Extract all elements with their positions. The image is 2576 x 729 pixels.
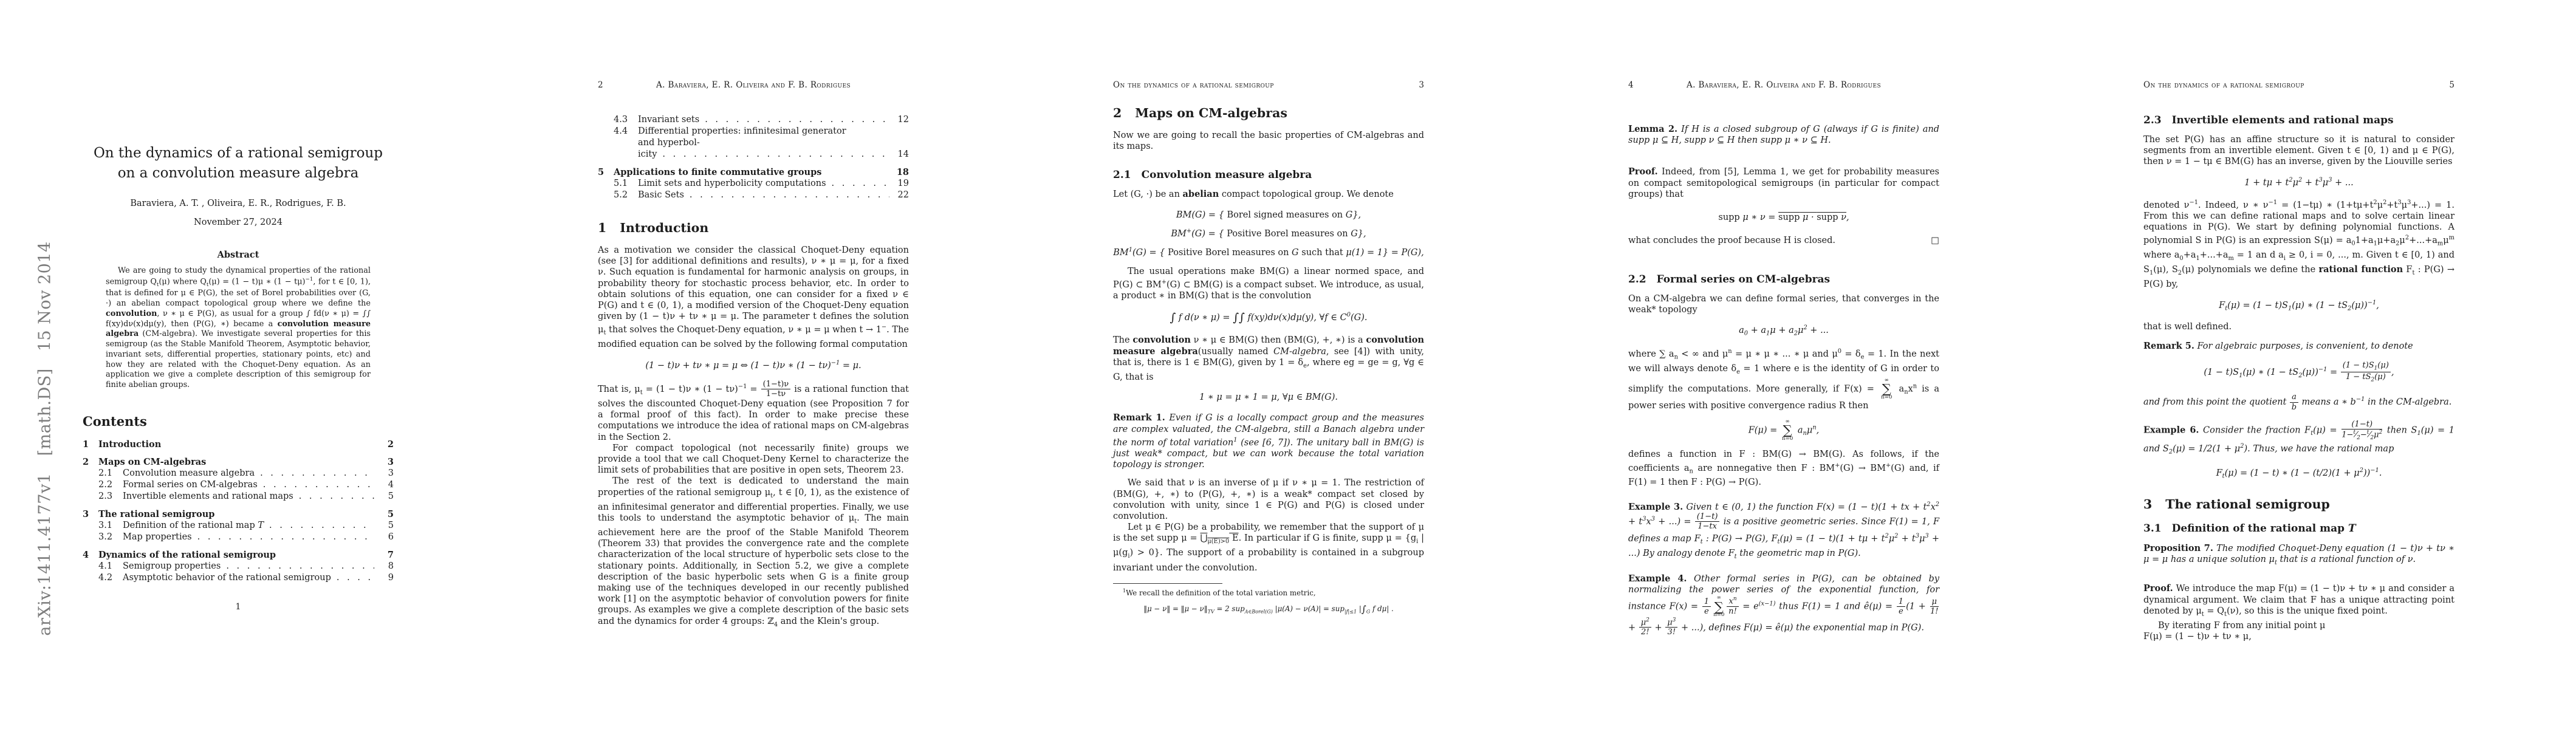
toc-list-continued: 4.3Invariant sets124.4Differential prope… (598, 114, 909, 201)
display-equation: BM1(G) = { Positive Borel measures on G … (1113, 245, 1424, 259)
proof-paragraph: Proof. We introduce the map F(μ) = (1 − … (2143, 583, 2454, 620)
toc-dot-leader (705, 114, 889, 126)
display-equation: (1 − t)S1(μ) ∗ (1 − tS2(μ))−1 = (1 − t)S… (2143, 361, 2454, 383)
page-2: 2 A. Baraviera, E. R. Oliveira and F. B.… (515, 0, 1030, 729)
proof-paragraph: Proof. Indeed, from [5], Lemma 1, we get… (1628, 166, 1939, 200)
toc-entry-label: Formal series on CM-algebras (123, 479, 258, 491)
toc-entry-number: 1 (83, 439, 98, 450)
display-equation: supp μ ∗ ν = supp μ · supp ν, (1628, 211, 1939, 224)
toc-entry-number: 5.1 (614, 178, 638, 190)
toc-entry-label: The rational semigroup (98, 508, 214, 520)
toc-dot-leader (269, 520, 374, 532)
toc-list: 1Introduction22Maps on CM-algebras32.1Co… (83, 439, 394, 584)
subsection-3-1-heading: 3.1Definition of the rational map T (2143, 522, 2454, 535)
toc-entry-label: Definition of the rational map T (123, 520, 264, 532)
toc-entry-number: 4.1 (98, 561, 123, 572)
toc-entry-label: Convolution measure algebra (123, 468, 255, 479)
page-3: On the dynamics of a rational semigroup … (1030, 0, 1546, 729)
page-4-column: 4 A. Baraviera, E. R. Oliveira and F. B.… (1628, 0, 1939, 637)
toc-dot-leader (337, 572, 374, 584)
running-head: On the dynamics of a rational semigroup … (1113, 80, 1424, 90)
toc-entry-label: Semigroup properties (123, 561, 221, 572)
display-equation: Ft(μ) = (1 − t)S1(μ) ∗ (1 − tS2(μ))−1, (2143, 298, 2454, 313)
toc-dot-leader (226, 561, 374, 572)
toc-dot-leader (299, 491, 374, 502)
toc-entry-page: 14 (893, 149, 909, 160)
paragraph: On a CM-algebra we can define formal ser… (1628, 293, 1939, 315)
page-2-column: 2 A. Baraviera, E. R. Oliveira and F. B.… (598, 0, 909, 631)
page-5: On the dynamics of a rational semigroup … (2061, 0, 2576, 729)
toc-entry-page: 9 (378, 572, 394, 584)
toc-entry-page: 18 (893, 166, 909, 178)
paragraph: where ∑ an < ∞ and μn = μ ∗ μ ∗ ... ∗ μ … (1628, 346, 1939, 411)
display-equation: 1 ∗ μ = μ ∗ 1 = μ, ∀μ ∈ BM(G). (1113, 391, 1424, 404)
page-1: arXiv:1411.4177v1 [math.DS] 15 Nov 2014 … (0, 0, 515, 729)
abstract-heading: Abstract (83, 250, 394, 260)
example-6: Example 6. Consider the fraction Ft(μ) =… (2143, 420, 2454, 459)
page-3-column: On the dynamics of a rational semigroup … (1113, 0, 1424, 615)
toc-entry-number: 4.4 (614, 126, 638, 137)
running-head-title: On the dynamics of a rational semigroup (1113, 80, 1274, 90)
example-3: Example 3. Given t ∈ (0, 1) the function… (1628, 499, 1939, 563)
running-head-page-number: 3 (1410, 80, 1424, 90)
toc-entry-page: 3 (378, 468, 394, 479)
paper-date: November 27, 2024 (83, 217, 394, 227)
document-canvas: arXiv:1411.4177v1 [math.DS] 15 Nov 2014 … (0, 0, 2576, 729)
toc-entry-number: 2.1 (98, 468, 123, 479)
toc-dot-leader (263, 479, 374, 491)
display-equation: BM(G) = { Borel signed measures on G}, (1113, 208, 1424, 222)
toc-entry-number: 4 (83, 549, 98, 561)
toc-entry-page: 5 (378, 491, 394, 502)
toc-entry-label: Map properties (123, 532, 192, 543)
subsection-2-3-heading: 2.3Invertible elements and rational maps (2143, 114, 2454, 126)
toc-dot-leader (197, 532, 374, 543)
footnote-rule (1113, 583, 1222, 584)
toc-row: 3.2Map properties6 (83, 532, 394, 543)
toc-entry-page: 5 (378, 520, 394, 532)
toc-entry-label: Invertible elements and rational maps (123, 491, 293, 502)
display-equation: ∫ f d(ν ∗ μ) = ∫∫ f(xy)dν(x)dμ(y), ∀f ∈ … (1113, 309, 1424, 327)
remark-5: Remark 5. For algebraic purposes, is con… (2143, 341, 2454, 352)
footnote-equation: ‖μ − ν‖ = ‖μ − ν‖TV = 2 supA∈Borel(G) |μ… (1113, 604, 1424, 615)
paragraph: Let μ ∈ P(G) be a probability, we rememb… (1113, 522, 1424, 573)
paragraph: The set P(G) has an affine structure so … (2143, 134, 2454, 168)
toc-entry-label: icity (638, 149, 657, 160)
toc-row: 4.2Asymptotic behavior of the rational s… (83, 572, 394, 584)
contents-heading: Contents (83, 414, 394, 429)
toc-entry-label: Asymptotic behavior of the rational semi… (123, 572, 331, 584)
display-equation: F(μ) = ∞∑n=0 anμn, (1628, 419, 1939, 442)
toc-row: 2.1Convolution measure algebra3 (83, 468, 394, 479)
toc-entry-number: 4.2 (98, 572, 123, 584)
running-head: 4 A. Baraviera, E. R. Oliveira and F. B.… (1628, 80, 1939, 90)
toc-row: 4Dynamics of the rational semigroup7 (83, 549, 394, 561)
running-head-authors: A. Baraviera, E. R. Oliveira and F. B. R… (612, 80, 894, 90)
running-head-title: On the dynamics of a rational semigroup (2143, 80, 2304, 90)
toc-entry-page: 7 (378, 549, 394, 561)
toc-entry-page: 3 (378, 456, 394, 468)
paragraph: Now we are going to recall the basic pro… (1113, 130, 1424, 152)
toc-entry-page: 6 (378, 532, 394, 543)
paragraph: That is, μt = (1 − t)ν ∗ (1 − tν)−1 = (1… (598, 380, 909, 443)
toc-dot-leader (690, 190, 889, 201)
toc-row: 2Maps on CM-algebras3 (83, 456, 394, 468)
toc-entry-number: 5 (598, 166, 614, 178)
paragraph: defines a function in F : BM(G) → BM(G).… (1628, 449, 1939, 488)
toc-entry-page: 2 (378, 439, 394, 450)
toc-row: 5.1Limit sets and hyperbolicity computat… (598, 178, 909, 190)
toc-entry-page: 8 (378, 561, 394, 572)
toc-entry-number: 3 (83, 508, 98, 520)
paragraph: The usual operations make BM(G) a linear… (1113, 266, 1424, 301)
paragraph-italic: and from this point the quotient ab mean… (2143, 393, 2454, 411)
toc-entry-label: Dynamics of the rational semigroup (98, 549, 276, 561)
toc-entry-label: Introduction (98, 439, 161, 450)
toc-entry-page: 12 (893, 114, 909, 126)
display-equation: Ft(μ) = (1 − t) ∗ (1 − (t/2)(1 + μ2))−1. (2143, 466, 2454, 481)
section-2-heading: 2Maps on CM-algebras (1113, 106, 1424, 120)
toc-row: icity14 (598, 149, 909, 160)
running-head-authors: A. Baraviera, E. R. Oliveira and F. B. R… (1643, 80, 1925, 90)
running-head-page-number: 4 (1628, 80, 1643, 90)
toc-entry-page: 22 (893, 190, 909, 201)
remark-1: Remark 1. Even if G is a locally compact… (1113, 412, 1424, 470)
toc-dot-leader (662, 149, 889, 160)
paragraph: The rest of the text is dedicated to und… (598, 476, 909, 630)
page-number: 1 (83, 602, 394, 612)
toc-row: 5Applications to finite commutative grou… (598, 166, 909, 178)
toc-entry-number: 2 (83, 456, 98, 468)
example-4: Example 4. Other formal series in P(G), … (1628, 573, 1939, 637)
display-equation: 1 + tμ + t2μ2 + t3μ3 + ... (2143, 176, 2454, 190)
running-head-page-number: 5 (2440, 80, 2454, 90)
toc-dot-leader (260, 468, 374, 479)
toc-row: 4.1Semigroup properties8 (83, 561, 394, 572)
toc-entry-number: 4.3 (614, 114, 638, 126)
page-4: 4 A. Baraviera, E. R. Oliveira and F. B.… (1546, 0, 2061, 729)
proposition-7: Proposition 7. The modified Choquet-Deny… (2143, 543, 2454, 569)
paragraph: For compact topological (not necessarily… (598, 443, 909, 476)
paragraph: The convolution ν ∗ μ ∈ BM(G) then (BM(G… (1113, 335, 1424, 383)
toc-row: 3.1Definition of the rational map T5 (83, 520, 394, 532)
paragraph: Let (G, ·) be an abelian compact topolog… (1113, 189, 1424, 200)
paper-authors: Baraviera, A. T. , Oliveira, E. R., Rodr… (83, 199, 394, 208)
display-equation: BM+(G) = { Positive Borel measures on G}… (1113, 227, 1424, 241)
section-3-heading: 3The rational semigroup (2143, 497, 2454, 512)
toc-row: 2.3Invertible elements and rational maps… (83, 491, 394, 502)
toc-entry-number: 2.2 (98, 479, 123, 491)
footnote-text: 1We recall the definition of the total v… (1113, 588, 1424, 598)
abstract-text: We are going to study the dynamical prop… (106, 266, 371, 390)
paragraph: By iterating F from any initial point μ (2143, 620, 2454, 631)
toc-entry-label: Basic Sets (638, 190, 684, 201)
section-1-heading: 1Introduction (598, 221, 909, 235)
toc-entry-number: 3.2 (98, 532, 123, 543)
arxiv-watermark: arXiv:1411.4177v1 [math.DS] 15 Nov 2014 (36, 241, 55, 635)
toc-entry-label: Applications to finite commutative group… (614, 166, 821, 178)
toc-entry-label: Limit sets and hyperbolicity computation… (638, 178, 826, 190)
lemma-2: Lemma 2. If H is a closed subgroup of G … (1628, 124, 1939, 146)
paper-title: On the dynamics of a rational semigroup … (83, 143, 394, 183)
display-equation: a0 + a1μ + a2μ2 + ... (1628, 323, 1939, 338)
toc-row: 3The rational semigroup5 (83, 508, 394, 520)
paragraph: that is well defined. (2143, 321, 2454, 332)
paragraph: denoted ν−1. Indeed, ν ∗ ν−1 = (1−tμ) ∗ … (2143, 197, 2454, 290)
running-head: On the dynamics of a rational semigroup … (2143, 80, 2454, 90)
page-1-column: On the dynamics of a rational semigroup … (83, 0, 394, 612)
toc-entry-label: Invariant sets (638, 114, 699, 126)
page-5-column: On the dynamics of a rational semigroup … (2143, 0, 2454, 642)
paragraph: We said that ν is an inverse of μ if ν ∗… (1113, 477, 1424, 522)
subsection-2-2-heading: 2.2Formal series on CM-algebras (1628, 273, 1939, 286)
proof-conclusion: what concludes the proof because H is cl… (1628, 235, 1939, 246)
toc-entry-label: Maps on CM-algebras (98, 456, 206, 468)
toc-entry-page: 4 (378, 479, 394, 491)
toc-entry-number: 5.2 (614, 190, 638, 201)
running-head: 2 A. Baraviera, E. R. Oliveira and F. B.… (598, 80, 909, 90)
toc-entry-page: 5 (378, 508, 394, 520)
display-equation: (1 − t)ν + tν ∗ μ = μ ⇔ (1 − t)ν ∗ (1 − … (598, 358, 909, 372)
toc-dot-leader (832, 178, 889, 190)
running-head-page-number: 2 (598, 80, 612, 90)
toc-entry-number: 2.3 (98, 491, 123, 502)
toc-row: 4.3Invariant sets12 (598, 114, 909, 126)
toc-row: 4.4Differential properties: infinitesima… (598, 126, 909, 149)
subsection-2-1-heading: 2.1Convolution measure algebra (1113, 169, 1424, 181)
toc-entry-number: 3.1 (98, 520, 123, 532)
paragraph: As a motivation we consider the classica… (598, 245, 909, 351)
toc-entry-page: 19 (893, 178, 909, 190)
paragraph: F(μ) = (1 − t)ν + tν ∗ μ, (2143, 631, 2454, 642)
toc-row: 5.2Basic Sets22 (598, 190, 909, 201)
toc-row: 1Introduction2 (83, 439, 394, 450)
toc-entry-label: Differential properties: infinitesimal g… (638, 126, 857, 149)
toc-row: 2.2Formal series on CM-algebras4 (83, 479, 394, 491)
